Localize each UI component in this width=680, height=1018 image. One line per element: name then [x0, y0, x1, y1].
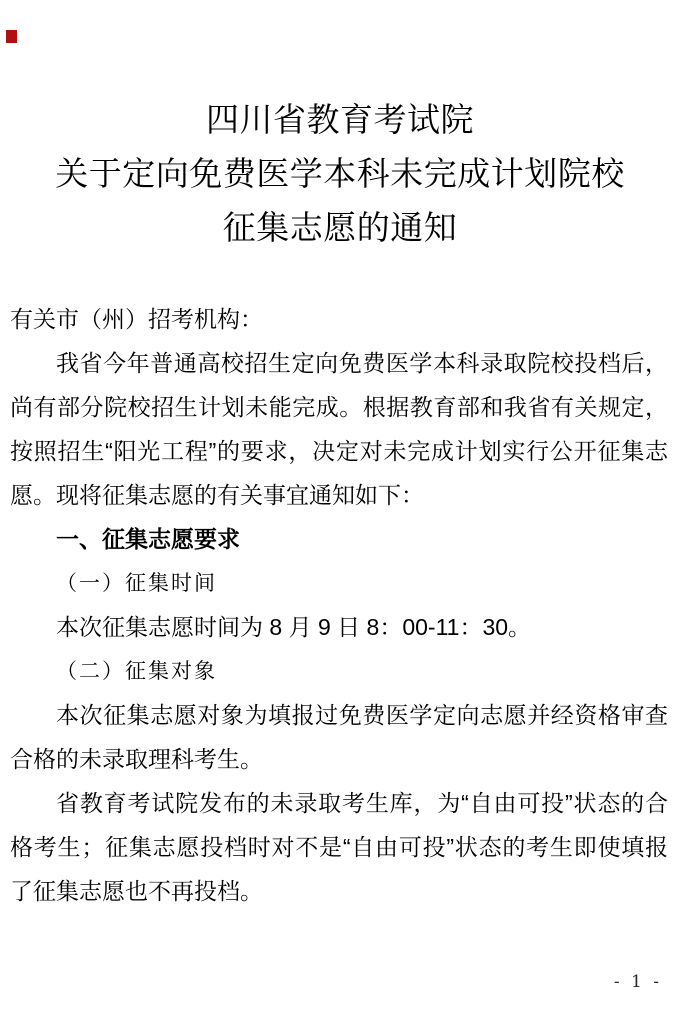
subsection-heading-collection-target: （二）征集对象 — [10, 649, 668, 693]
intro-paragraph: 我省今年普通高校招生定向免费医学本科录取院校投档后，尚有部分院校招生计划未能完成… — [10, 341, 668, 517]
document-body: 有关市（州）招考机构： 我省今年普通高校招生定向免费医学本科录取院校投档后，尚有… — [10, 297, 668, 913]
candidate-status-paragraph: 省教育考试院发布的未录取考生库，为“自由可投”状态的合格考生；征集志愿投档时对不… — [10, 781, 668, 913]
document-title-line2: 关于定向免费医学本科未完成计划院校 — [0, 147, 680, 201]
subsection-heading-collection-time: （一）征集时间 — [10, 561, 668, 605]
red-stamp-mark — [6, 30, 17, 43]
document-title-line1: 四川省教育考试院 — [0, 93, 680, 147]
salutation: 有关市（州）招考机构： — [10, 297, 668, 341]
collection-target-paragraph: 本次征集志愿对象为填报过免费医学定向志愿并经资格审查合格的未录取理科考生。 — [10, 693, 668, 781]
document-title-line3: 征集志愿的通知 — [0, 201, 680, 255]
page-number: - 1 - — [614, 972, 662, 992]
collection-time-paragraph: 本次征集志愿时间为 8 月 9 日 8：00-11：30。 — [10, 605, 668, 649]
document-page: 四川省教育考试院 关于定向免费医学本科未完成计划院校 征集志愿的通知 有关市（州… — [0, 0, 680, 1018]
document-title: 四川省教育考试院 关于定向免费医学本科未完成计划院校 征集志愿的通知 — [0, 93, 680, 255]
section-heading-requirements: 一、征集志愿要求 — [10, 517, 668, 561]
